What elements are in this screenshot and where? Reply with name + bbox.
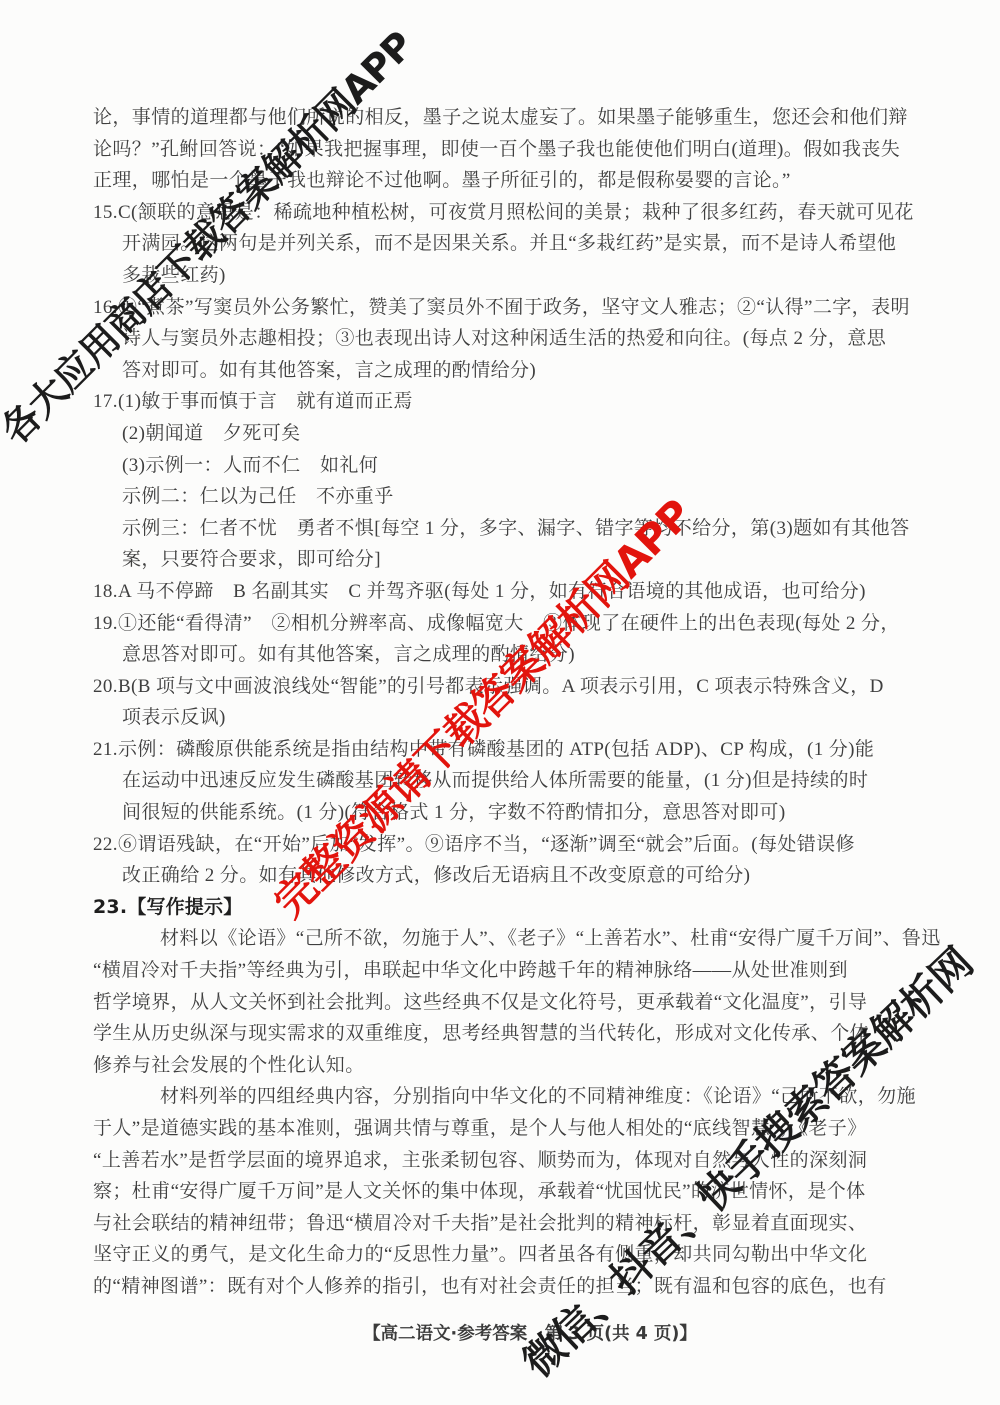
text-line: “横眉冷对千夫指”等经典为引，串联起中华文化中跨越千年的精神脉络——从处世准则到 bbox=[93, 955, 911, 987]
text-line: 哲学境界，从人文关怀到社会批判。这些经典不仅是文化符号，更承载着“文化温度”，引… bbox=[93, 987, 911, 1019]
text-line: 22.⑥谓语残缺，在“开始”后加“发挥”。⑨语序不当，“逐渐”调至“就会”后面。… bbox=[93, 829, 911, 861]
text-line: 多栽些红药) bbox=[93, 260, 911, 292]
text-line: 论吗？”孔鲋回答说：“如果我把握事理，即使一百个墨子我也能使他们明白(道理)。假… bbox=[93, 134, 911, 166]
text-line: 修养与社会发展的个性化认知。 bbox=[93, 1050, 911, 1082]
text-line: 23.【写作提示】 bbox=[93, 892, 911, 924]
text-line: 21.示例：磷酸原供能系统是指由结构中带有磷酸基团的 ATP(包括 ADP)、C… bbox=[93, 734, 911, 766]
text-line: 示例二：仁以为己任 不亦重乎 bbox=[93, 481, 911, 513]
text-line: 19.①还能“看得清” ②相机分辨率高、成像幅宽大 ③体现了在硬件上的出色表现(… bbox=[93, 608, 911, 640]
text-line: (2)朝闻道 夕死可矣 bbox=[93, 418, 911, 450]
text-line: 16.①“煮茶”写窦员外公务繁忙，赞美了窦员外不囿于政务，坚守文人雅志；②“认得… bbox=[93, 292, 911, 324]
text-line: 案，只要符合要求，即可给分] bbox=[93, 544, 911, 576]
text-line: 答对即可。如有其他答案，言之成理的酌情给分) bbox=[93, 355, 911, 387]
text-line: 间很短的供能系统。(1 分)(符合格式 1 分，字数不符酌情扣分，意思答对即可) bbox=[93, 797, 911, 829]
text-line: 论，事情的道理都与他们所说的相反，墨子之说太虚妄了。如果墨子能够重生，您还会和他… bbox=[93, 102, 911, 134]
text-line: 学生从历史纵深与现实需求的双重维度，思考经典智慧的当代转化，形成对文化传承、个体 bbox=[93, 1018, 911, 1050]
text-line: 察；杜甫“安得广厦千万间”是人文关怀的集中体现，承载着“忧国忧民”的济世情怀，是… bbox=[93, 1176, 911, 1208]
answer-sheet-page: 论，事情的道理都与他们所说的相反，墨子之说太虚妄了。如果墨子能够重生，您还会和他… bbox=[0, 0, 1000, 1405]
text-line: 坚守正义的勇气，是文化生命力的“反思性力量”。四者虽各有侧重，却共同勾勒出中华文… bbox=[93, 1239, 911, 1271]
text-line: 示例三：仁者不忧 勇者不惧[每空 1 分，多字、漏字、错字等均不给分，第(3)题… bbox=[93, 513, 911, 545]
text-line: (3)示例一：人而不仁 如礼何 bbox=[93, 450, 911, 482]
text-line: 的“精神图谱”：既有对个人修养的指引，也有对社会责任的担当；既有温和包容的底色，… bbox=[93, 1271, 911, 1303]
text-line: 材料以《论语》“己所不欲，勿施于人”、《老子》“上善若水”、杜甫“安得广厦千万间… bbox=[93, 923, 911, 955]
text-line: 诗人与窦员外志趣相投；③也表现出诗人对这种闲适生活的热爱和向往。(每点 2 分，… bbox=[93, 323, 911, 355]
text-line: 17.(1)敏于事而慎于言 就有道而正焉 bbox=[93, 386, 911, 418]
text-line: 在运动中迅速反应发生磷酸基团转移从而提供给人体所需要的能量，(1 分)但是持续的… bbox=[93, 765, 911, 797]
text-line: 与社会联结的精神纽带；鲁迅“横眉冷对千夫指”是社会批判的精神标杆，彰显着直面现实… bbox=[93, 1208, 911, 1240]
text-line: 改正确给 2 分。如有其他修改方式，修改后无语病且不改变原意的可给分) bbox=[93, 860, 911, 892]
text-line: 18.A 马不停蹄 B 名副其实 C 并驾齐驱(每处 1 分，如有符合语境的其他… bbox=[93, 576, 911, 608]
